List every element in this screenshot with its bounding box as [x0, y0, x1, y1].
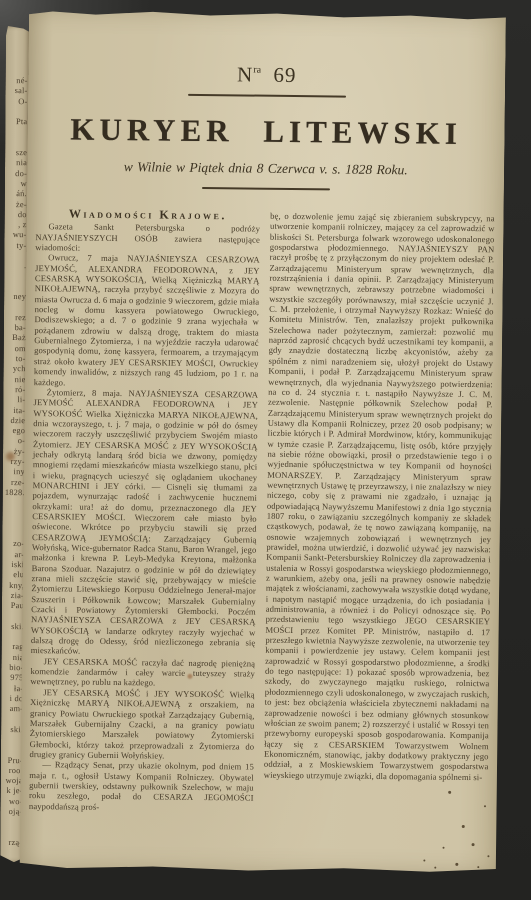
margin-fragment: Pau: [2, 601, 24, 611]
body-columns: Wiadomości Krajowe. Gazeta Sankt Petersb…: [20, 208, 504, 816]
margin-fragment: O-: [5, 97, 27, 107]
issue-rule: [188, 94, 346, 98]
ink-speck: [434, 867, 436, 869]
margin-fragment: zo-: [2, 539, 24, 549]
margin-fragment: do: [5, 210, 27, 220]
margin-fragment: dzie: [3, 416, 25, 426]
margin-fragment: że-: [5, 200, 27, 210]
margin-fragment: Pru-: [1, 756, 23, 766]
margin-fragment: kny,: [2, 581, 24, 591]
margin-fragment: ney: [4, 292, 26, 302]
news-paragraph: — Rządzący Senat, przy ukazie okolnym, p…: [29, 759, 254, 813]
left-column-text: Gazeta Sankt Petersburgska o podróży NAY…: [29, 221, 260, 813]
news-paragraph: JEY CESARSKA MOŚĆ raczyła dać nagrodę pi…: [30, 656, 255, 690]
ink-speck: [477, 866, 479, 868]
ink-speck: [423, 860, 425, 862]
margin-fragment: ego: [3, 426, 25, 436]
newspaper-title: KURYER LITEWSKI: [27, 111, 504, 152]
margin-fragment: oją-: [0, 807, 22, 817]
issue-superscript: ra: [253, 65, 261, 76]
margin-fragment: [4, 282, 26, 292]
margin-fragment: [3, 508, 25, 518]
margin-fragment: né-: [6, 76, 28, 86]
margin-fragment: bio-: [1, 663, 23, 673]
margin-fragment: rez: [4, 313, 26, 323]
margin-fragment: [2, 632, 24, 642]
margin-fragment: [3, 498, 25, 508]
news-paragraph: JEY CESARSKĄ MOŚĆ i JEY WYSOKOŚĆ Wielką …: [29, 687, 254, 762]
margin-fragment: rzą-: [0, 838, 22, 848]
margin-fragment: nią: [2, 653, 24, 663]
margin-fragment: ski.: [2, 622, 24, 632]
margin-fragment: iny: [3, 467, 25, 477]
margin-fragment: [4, 251, 26, 261]
ink-speck: [472, 843, 475, 846]
margin-fragment: o-: [3, 436, 25, 446]
margin-fragment: ła-: [1, 683, 23, 693]
margin-fragment: iski: [2, 560, 24, 570]
margin-fragment: ty-: [4, 241, 26, 251]
margin-fragment: woją: [1, 776, 23, 786]
dateline-rule: [201, 187, 329, 190]
newspaper-page: Nra 69 KURYER LITEWSKI w Wilnie w Piątek…: [19, 10, 506, 873]
margin-fragment: do-: [5, 169, 27, 179]
issue-prefix: N: [237, 62, 253, 86]
margin-fragment: 1828.: [3, 488, 25, 498]
margin-fragment: Baż: [4, 333, 26, 343]
margin-fragment: rze-: [3, 478, 25, 488]
news-paragraph: bę, o dozwolenie jemu zająć się zbierani…: [264, 211, 495, 782]
margin-fragment: [5, 107, 27, 117]
margin-fragment: nia: [5, 158, 27, 168]
right-column: bę, o dozwolenie jemu zająć się zbierani…: [263, 211, 494, 816]
margin-fragment: [5, 138, 27, 148]
margin-fragment: wu-: [5, 230, 27, 240]
right-column-text: bę, o dozwolenie jemu zająć się zbierani…: [264, 211, 495, 782]
rust-stain: [6, 452, 15, 461]
margin-fragment: ych: [4, 364, 26, 374]
margin-fragment: ró-: [3, 385, 25, 395]
margin-fragment: [2, 611, 24, 621]
margin-fragment: [1, 745, 23, 755]
margin-fragment: ski.: [1, 725, 23, 735]
margin-fragment: sze: [5, 148, 27, 158]
margin-fragment: elu: [2, 570, 24, 580]
rust-speck: [187, 674, 192, 679]
section-heading: Wiadomości Krajowe.: [36, 208, 261, 221]
margin-fragment: [1, 735, 23, 745]
margin-fragment: zia-: [2, 591, 24, 601]
margin-fragment: áń.: [5, 189, 27, 199]
margin-fragment: ita-: [3, 405, 25, 415]
ink-speck: [462, 825, 465, 828]
margin-fragment: om: [4, 344, 26, 354]
margin-fragment: [0, 828, 22, 838]
margin-fragment: am-: [1, 704, 23, 714]
margin-fragment: Pta: [5, 117, 27, 127]
margin-fragment: rag: [2, 642, 24, 652]
margin-fragment: [4, 303, 26, 313]
margin-fragment: , z: [5, 220, 27, 230]
margin-fragment: [2, 519, 24, 529]
masthead: Nra 69 KURYER LITEWSKI w Wilnie w Piątek…: [27, 10, 506, 192]
margin-fragment: .: [4, 261, 26, 271]
news-paragraph: Owrucz, 7 maja NAYJAŚNIEYSZA CESARZOWA J…: [34, 252, 260, 389]
margin-fragment: [0, 817, 22, 827]
margin-fragment: [5, 127, 27, 137]
margin-fragment: wo-: [1, 797, 23, 807]
margin-fragment: [4, 272, 26, 282]
margin-fragment: roo.: [1, 766, 23, 776]
news-paragraph: Gazeta Sankt Petersburgska o podróży NAY…: [35, 221, 260, 255]
margin-fragment: to-: [4, 354, 26, 364]
margin-fragment: ar-: [2, 550, 24, 560]
margin-fragment: li-: [3, 395, 25, 405]
margin-fragment: w: [5, 179, 27, 189]
margin-fragment: 975: [1, 673, 23, 683]
margin-fragment: [2, 529, 24, 539]
margin-fragment: [1, 714, 23, 724]
ink-speck: [487, 855, 489, 857]
issue-number: Nra 69: [28, 60, 505, 90]
issue-value: 69: [273, 63, 296, 87]
ink-speck: [443, 847, 445, 849]
ink-speck: [484, 805, 486, 807]
margin-fragment: ba-: [4, 323, 26, 333]
ink-speck: [455, 863, 458, 866]
left-column: Wiadomości Krajowe. Gazeta Sankt Petersb…: [29, 208, 260, 813]
margin-fragment: sal-: [6, 86, 28, 96]
margin-fragment: i do: [1, 694, 23, 704]
dateline: w Wilnie w Piątek dnia 8 Czerwca v. s. 1…: [27, 158, 504, 179]
photo-mat-background: né-sal-O-Ptaszeniado-wáń.że-do, zwu-ty-.…: [0, 0, 531, 900]
margin-fragment: nie: [3, 375, 25, 385]
news-paragraph: Żytomierz, 8 maja. NAYJAŚNIEYSZA CESARZO…: [31, 387, 259, 658]
margin-fragment: k je-: [1, 786, 23, 796]
ink-speck: [448, 791, 451, 794]
